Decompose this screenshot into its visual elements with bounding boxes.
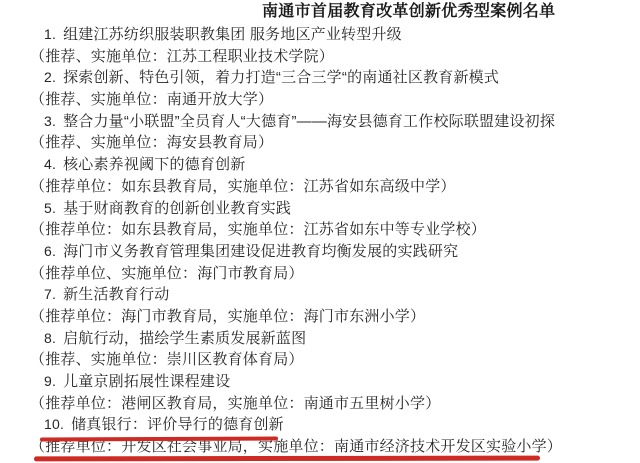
case-item-9: 9.儿童京剧拓展性课程建设 （推荐单位：港闸区教育局，实施单位：南通市五里树小学… (0, 371, 640, 414)
case-org-line: （推荐单位、实施单位：海门市教育局） (0, 263, 640, 285)
case-title-line: 8.启航行动，描绘学生素质发展新蓝图 (0, 328, 640, 350)
case-title-line: 9.儿童京剧拓展性课程建设 (0, 371, 640, 393)
case-title: 组建江苏纺织服装职教集团 服务地区产业转型升级 (63, 26, 402, 43)
case-title: 储真银行：评价导行的德育创新 (71, 416, 284, 433)
case-item-7: 7.新生活教育行动 （推荐单位：海门市教育局，实施单位：海门市东洲小学） (0, 284, 640, 327)
case-title: 启航行动，描绘学生素质发展新蓝图 (63, 330, 306, 347)
case-org-line: （推荐、实施单位：海安县教育局） (0, 132, 640, 154)
case-title-line: 1.组建江苏纺织服装职教集团 服务地区产业转型升级 (0, 24, 640, 46)
case-org-line: （推荐单位：如东县教育局，实施单位：江苏省如东高级中学） (0, 176, 640, 198)
case-org-line: （推荐、实施单位：江苏工程职业技术学院） (0, 46, 640, 68)
case-title: 海门市义务教育管理集团建设促进教育均衡发展的实践研究 (63, 243, 458, 260)
case-org-line: （推荐、实施单位：南通开放大学） (0, 89, 640, 111)
case-number: 8. (44, 328, 56, 350)
case-number: 1. (44, 24, 56, 46)
red-underline-case10-org (34, 456, 540, 462)
case-item-4: 4.核心素养视阈下的德育创新 （推荐单位：如东县教育局，实施单位：江苏省如东高级… (0, 154, 640, 197)
case-item-1: 1.组建江苏纺织服装职教集团 服务地区产业转型升级 （推荐、实施单位：江苏工程职… (0, 24, 640, 67)
case-list: 1.组建江苏纺织服装职教集团 服务地区产业转型升级 （推荐、实施单位：江苏工程职… (0, 24, 640, 458)
case-title: 核心素养视阈下的德育创新 (63, 156, 245, 173)
document-page: 南通市首届教育改革创新优秀型案例名单 1.组建江苏纺织服装职教集团 服务地区产业… (0, 0, 640, 463)
case-item-3: 3.整合力量“小联盟”全员育人“大德育”——海安县德育工作校际联盟建设初探 （推… (0, 111, 640, 154)
case-number: 6. (44, 241, 56, 263)
case-title-line: 7.新生活教育行动 (0, 284, 640, 306)
case-title: 探索创新、特色引领，着力打造“三合三学“的南通社区教育新模式 (63, 69, 499, 86)
case-title: 儿童京剧拓展性课程建设 (63, 373, 230, 390)
case-title: 整合力量“小联盟”全员育人“大德育”——海安县德育工作校际联盟建设初探 (63, 113, 555, 130)
case-title: 新生活教育行动 (63, 286, 169, 303)
case-org-line: （推荐单位：海门市教育局，实施单位：海门市东洲小学） (0, 306, 640, 328)
case-item-2: 2.探索创新、特色引领，着力打造“三合三学“的南通社区教育新模式 （推荐、实施单… (0, 67, 640, 110)
case-item-6: 6.海门市义务教育管理集团建设促进教育均衡发展的实践研究 （推荐单位、实施单位：… (0, 241, 640, 284)
case-title-line: 2.探索创新、特色引领，着力打造“三合三学“的南通社区教育新模式 (0, 67, 640, 89)
case-org-line: （推荐单位：港闸区教育局，实施单位：南通市五里树小学） (0, 393, 640, 415)
case-title-line: 6.海门市义务教育管理集团建设促进教育均衡发展的实践研究 (0, 241, 640, 263)
case-item-8: 8.启航行动，描绘学生素质发展新蓝图 （推荐、实施单位：崇川区教育体育局） (0, 328, 640, 371)
case-number: 3. (44, 111, 56, 133)
case-number: 9. (44, 371, 56, 393)
case-title-line: 3.整合力量“小联盟”全员育人“大德育”——海安县德育工作校际联盟建设初探 (0, 111, 640, 133)
case-org-line: （推荐单位：如东县教育局，实施单位：江苏省如东中等专业学校） (0, 219, 640, 241)
case-item-10: 10.储真银行：评价导行的德育创新 （推荐单位：开发区社会事业局，实施单位：南通… (0, 414, 640, 457)
case-number: 7. (44, 284, 56, 306)
case-item-5: 5.基于财商教育的创新创业教育实践 （推荐单位：如东县教育局，实施单位：江苏省如… (0, 198, 640, 241)
case-title: 基于财商教育的创新创业教育实践 (63, 200, 291, 217)
case-org-line: （推荐、实施单位：崇川区教育体育局） (0, 349, 640, 371)
case-title-line: 4.核心素养视阈下的德育创新 (0, 154, 640, 176)
case-number: 5. (44, 198, 56, 220)
case-title-line: 10.储真银行：评价导行的德育创新 (0, 414, 640, 436)
case-number: 10. (44, 414, 64, 436)
case-title-line: 5.基于财商教育的创新创业教育实践 (0, 198, 640, 220)
case-number: 2. (44, 67, 56, 89)
document-title: 南通市首届教育改革创新优秀型案例名单 (262, 2, 555, 22)
case-number: 4. (44, 154, 56, 176)
